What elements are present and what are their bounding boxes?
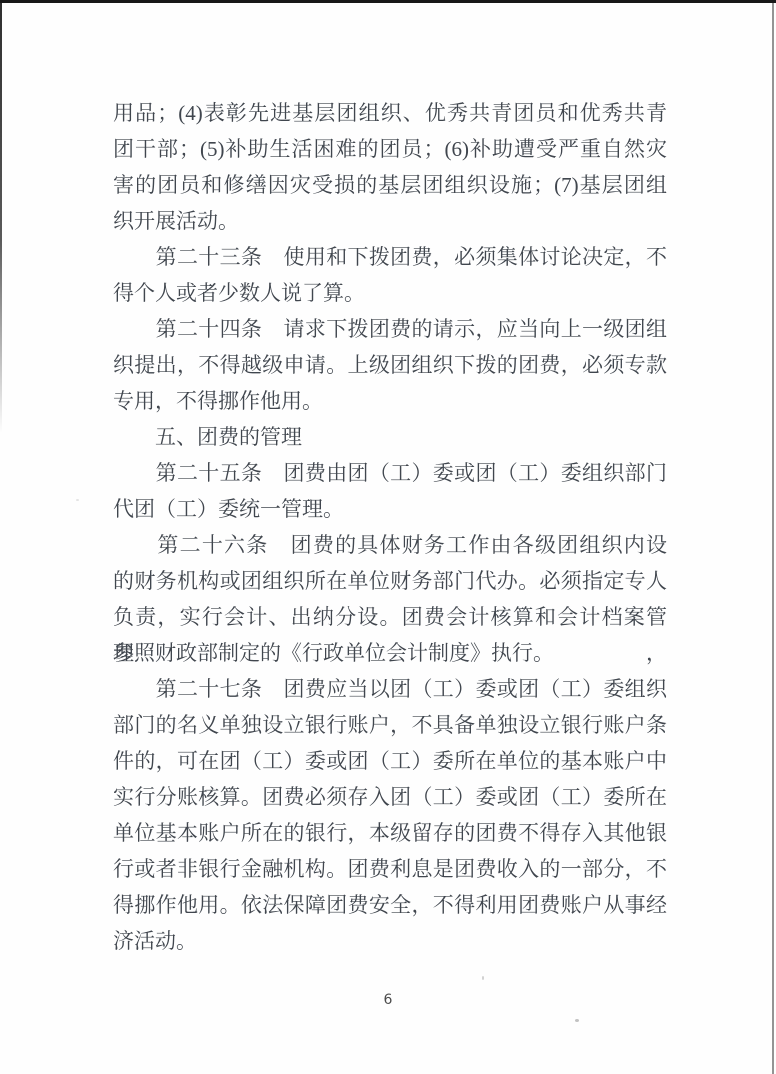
text-line: 代团（工）委统一管理。 <box>113 491 667 527</box>
scan-speck <box>76 499 79 501</box>
text-line: 用品；(4)表彰先进基层团组织、优秀共青团员和优秀共青 <box>113 95 667 131</box>
scan-edge-right <box>772 3 774 1074</box>
text-line: 第二十四条 请求下拨团费的请示，应当向上一级团组 <box>113 311 667 347</box>
text-line: 织提出，不得越级申请。上级团组织下拨的团费，必须专款 <box>113 347 667 383</box>
text-line: 第二十七条 团费应当以团（工）委或团（工）委组织 <box>113 671 667 707</box>
scan-edge-top <box>0 0 776 3</box>
page-footer: 6 <box>0 991 776 1009</box>
text-line: 团干部；(5)补助生活困难的团员；(6)补助遭受严重自然灾 <box>113 131 667 167</box>
text-line: 行或者非银行金融机构。团费利息是团费收入的一部分，不 <box>113 851 667 887</box>
document-body: 用品；(4)表彰先进基层团组织、优秀共青团员和优秀共青团干部；(5)补助生活困难… <box>113 95 667 959</box>
text-line: 第二十五条 团费由团（工）委或团（工）委组织部门 <box>113 455 667 491</box>
text-line: 专用，不得挪作他用。 <box>113 383 667 419</box>
text-line: 害的团员和修缮因灾受损的基层团组织设施；(7)基层团组 <box>113 167 667 203</box>
text-line: 得挪作他用。依法保障团费安全，不得利用团费账户从事经 <box>113 887 667 923</box>
text-line: 织开展活动。 <box>113 203 667 239</box>
scan-speck <box>482 976 484 980</box>
text-line: 单位基本账户所在的银行，本级留存的团费不得存入其他银 <box>113 815 667 851</box>
text-line: 部门的名义单独设立银行账户，不具备单独设立银行账户条 <box>113 707 667 743</box>
text-line: 得个人或者少数人说了算。 <box>113 275 667 311</box>
page-number: 6 <box>384 992 393 1008</box>
text-line: 济活动。 <box>113 923 667 959</box>
text-line: 的财务机构或团组织所在单位财务部门代办。必须指定专人 <box>113 563 667 599</box>
scan-speck <box>575 1019 579 1022</box>
text-line: 第二十三条 使用和下拨团费，必须集体讨论决定，不 <box>113 239 667 275</box>
text-line: 件的，可在团（工）委或团（工）委所在单位的基本账户中 <box>113 743 667 779</box>
scan-edge-left <box>0 3 2 433</box>
text-line: 实行分账核算。团费必须存入团（工）委或团（工）委所在 <box>113 779 667 815</box>
text-line: 五、团费的管理 <box>113 419 667 455</box>
scanned-document-page: { "page": { "background": "#fefefe", "te… <box>0 0 776 1074</box>
text-line: 第二十六条 团费的具体财务工作由各级团组织内设 <box>113 527 667 563</box>
text-line: 负责，实行会计、出纳分设。团费会计核算和会计档案管理， <box>113 599 667 635</box>
